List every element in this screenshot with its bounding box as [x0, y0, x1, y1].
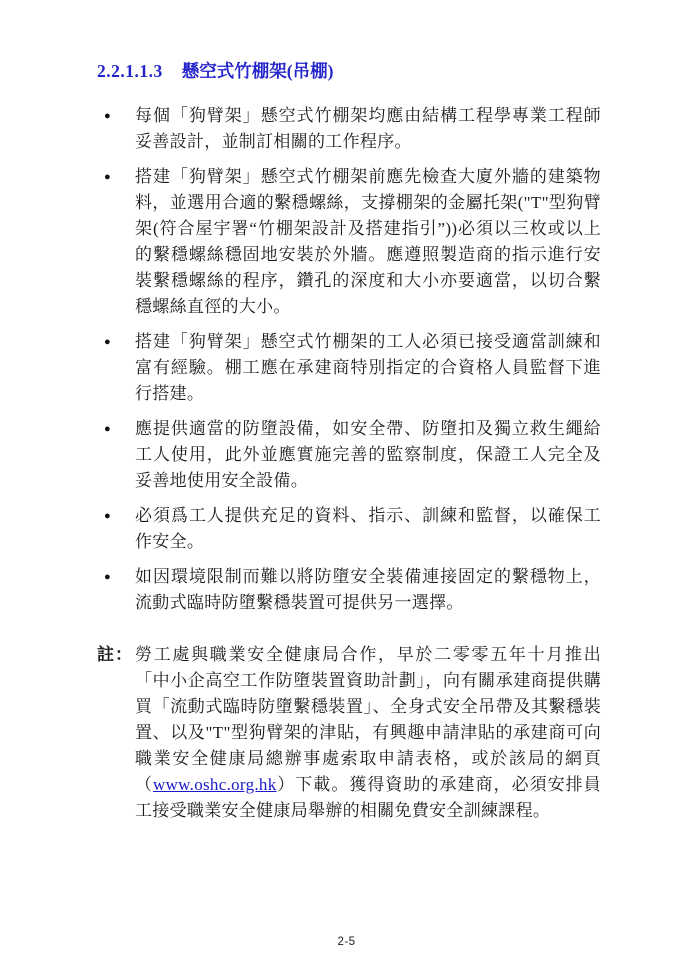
note-section: 註： 勞工處與職業安全健康局合作，早於二零零五年十月推出「中小企高空工作防墮裝置… — [97, 642, 601, 824]
bullet-list: ● 每個「狗臂架」懸空式竹棚架均應由結構工程學專業工程師妥善設計，並制訂相關的工… — [97, 103, 601, 616]
page-footer: 2-5 — [0, 932, 693, 950]
bullet-text: 如因環境限制而難以將防墮安全裝備連接固定的繫穩物上，流動式臨時防墮繫穩裝置可提供… — [135, 564, 601, 616]
page-number: 2-5 — [337, 936, 355, 948]
bullet-icon: ● — [97, 103, 135, 129]
oshc-website-link[interactable]: www.oshc.org.hk — [153, 775, 277, 794]
note-text-before-link: 勞工處與職業安全健康局合作，早於二零零五年十月推出「中小企高空工作防墮裝置資助計… — [135, 645, 601, 794]
bullet-icon: ● — [97, 164, 135, 190]
bullet-item: ● 應提供適當的防墮設備，如安全帶、防墮扣及獨立救生繩給工人使用，此外並應實施完… — [97, 416, 601, 494]
note-label: 註： — [97, 642, 135, 668]
bullet-text: 必須爲工人提供充足的資料、指示、訓練和監督，以確保工作安全。 — [135, 503, 601, 555]
bullet-item: ● 搭建「狗臂架」懸空式竹棚架前應先檢查大廈外牆的建築物料，並選用合適的繫穩螺絲… — [97, 164, 601, 320]
document-page: 2.2.1.1.3懸空式竹棚架(吊棚) ● 每個「狗臂架」懸空式竹棚架均應由結構… — [0, 0, 693, 980]
bullet-text: 搭建「狗臂架」懸空式竹棚架前應先檢查大廈外牆的建築物料，並選用合適的繫穩螺絲，支… — [135, 164, 601, 320]
bullet-text: 應提供適當的防墮設備，如安全帶、防墮扣及獨立救生繩給工人使用，此外並應實施完善的… — [135, 416, 601, 494]
bullet-item: ● 搭建「狗臂架」懸空式竹棚架的工人必須已接受適當訓練和富有經驗。棚工應在承建商… — [97, 329, 601, 407]
bullet-item: ● 每個「狗臂架」懸空式竹棚架均應由結構工程學專業工程師妥善設計，並制訂相關的工… — [97, 103, 601, 155]
bullet-icon: ● — [97, 329, 135, 355]
section-title: 懸空式竹棚架(吊棚) — [182, 61, 334, 81]
section-number: 2.2.1.1.3 — [97, 61, 163, 81]
bullet-text: 搭建「狗臂架」懸空式竹棚架的工人必須已接受適當訓練和富有經驗。棚工應在承建商特別… — [135, 329, 601, 407]
note-text: 勞工處與職業安全健康局合作，早於二零零五年十月推出「中小企高空工作防墮裝置資助計… — [135, 642, 601, 824]
bullet-icon: ● — [97, 416, 135, 442]
bullet-item: ● 如因環境限制而難以將防墮安全裝備連接固定的繫穩物上，流動式臨時防墮繫穩裝置可… — [97, 564, 601, 616]
bullet-icon: ● — [97, 564, 135, 590]
bullet-text: 每個「狗臂架」懸空式竹棚架均應由結構工程學專業工程師妥善設計，並制訂相關的工作程… — [135, 103, 601, 155]
section-heading: 2.2.1.1.3懸空式竹棚架(吊棚) — [97, 60, 601, 82]
bullet-icon: ● — [97, 503, 135, 529]
bullet-item: ● 必須爲工人提供充足的資料、指示、訓練和監督，以確保工作安全。 — [97, 503, 601, 555]
